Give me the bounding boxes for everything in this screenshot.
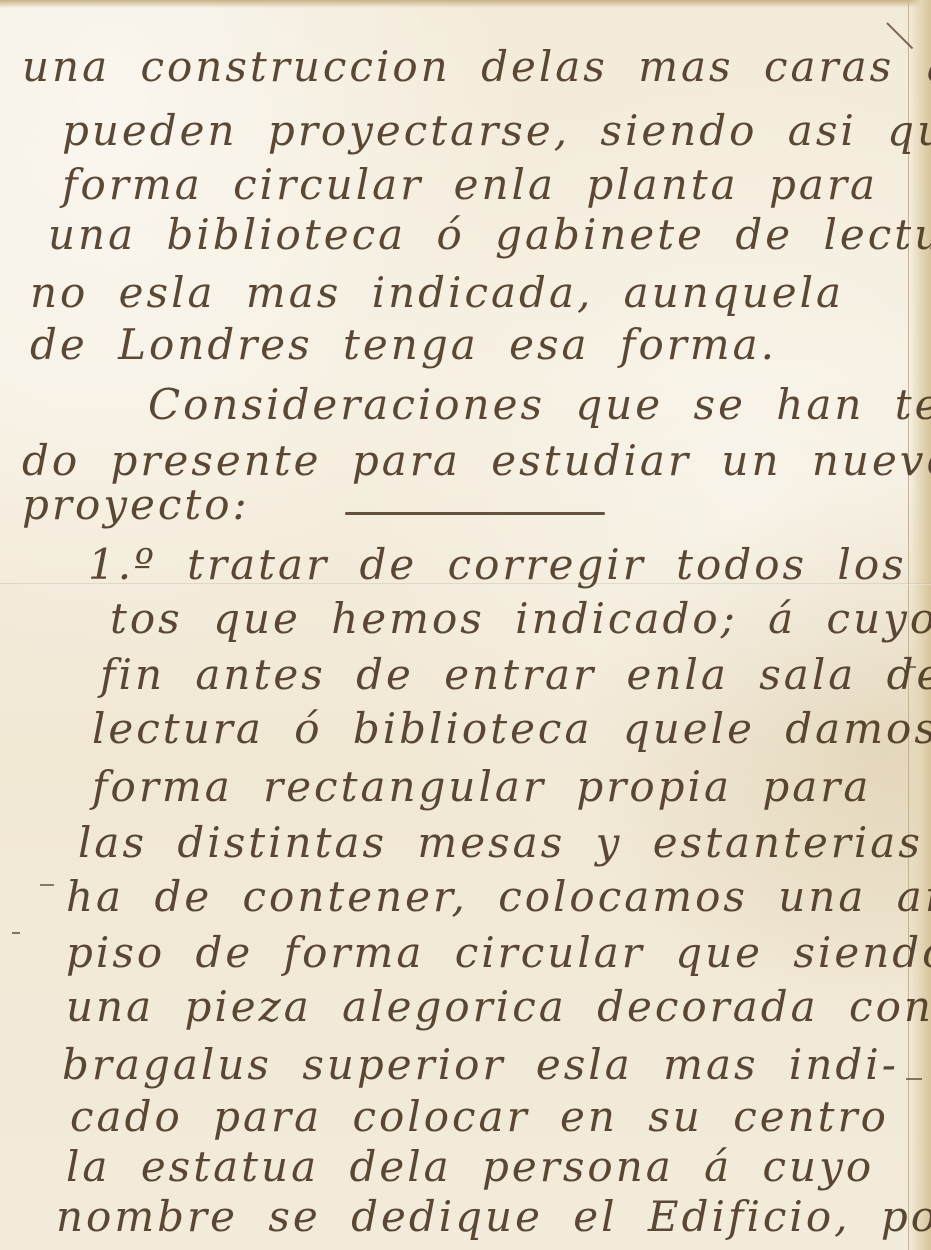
manuscript-line: fin antes de entrar enla sala de (100, 650, 931, 699)
manuscript-line: ha de contener, colocamos una ante- (66, 872, 931, 921)
manuscript-line: la estatua dela persona á cuyo (66, 1142, 874, 1191)
manuscript-line: una biblioteca ó gabinete de lectura (48, 210, 931, 259)
margin-mark (12, 932, 20, 934)
manuscript-line: forma circular enla planta para (62, 160, 878, 209)
manuscript-line: de Londres tenga esa forma. (30, 320, 777, 369)
manuscript-line: no esla mas indicada, aunquela (30, 268, 844, 317)
manuscript-line: pueden proyectarse, siendo asi quela (62, 106, 931, 155)
separator-rule (345, 512, 605, 515)
manuscript-line: una pieza alegorica decorada con (66, 982, 931, 1031)
manuscript-line: lectura ó biblioteca quele damos una (92, 704, 931, 753)
manuscript-line: 1.º tratar de corregir todos los defec- (88, 540, 931, 589)
manuscript-line: cado para colocar en su centro (70, 1092, 889, 1141)
margin-mark (40, 884, 54, 886)
manuscript-page: una construccion delas mas caras que pue… (0, 0, 931, 1250)
margin-mark (906, 666, 916, 668)
manuscript-line: tos que hemos indicado; á cuyo (110, 594, 931, 643)
manuscript-line: forma rectangular propia para (92, 762, 871, 811)
margin-mark (906, 1078, 922, 1080)
manuscript-line: proyecto: (22, 480, 250, 529)
manuscript-line: una construccion delas mas caras que (22, 42, 931, 91)
manuscript-line: las distintas mesas y estanterias que (78, 818, 931, 867)
manuscript-line: bragalus superior esla mas indi- (62, 1040, 899, 1089)
manuscript-line: do presente para estudiar un nuevo (22, 436, 931, 485)
paper-top-edge (0, 0, 931, 8)
manuscript-line: Consideraciones que se han teni- (148, 380, 931, 429)
manuscript-line: piso de forma circular que siendo (66, 928, 931, 977)
manuscript-line: nombre se dedique el Edificio, por (56, 1192, 931, 1241)
